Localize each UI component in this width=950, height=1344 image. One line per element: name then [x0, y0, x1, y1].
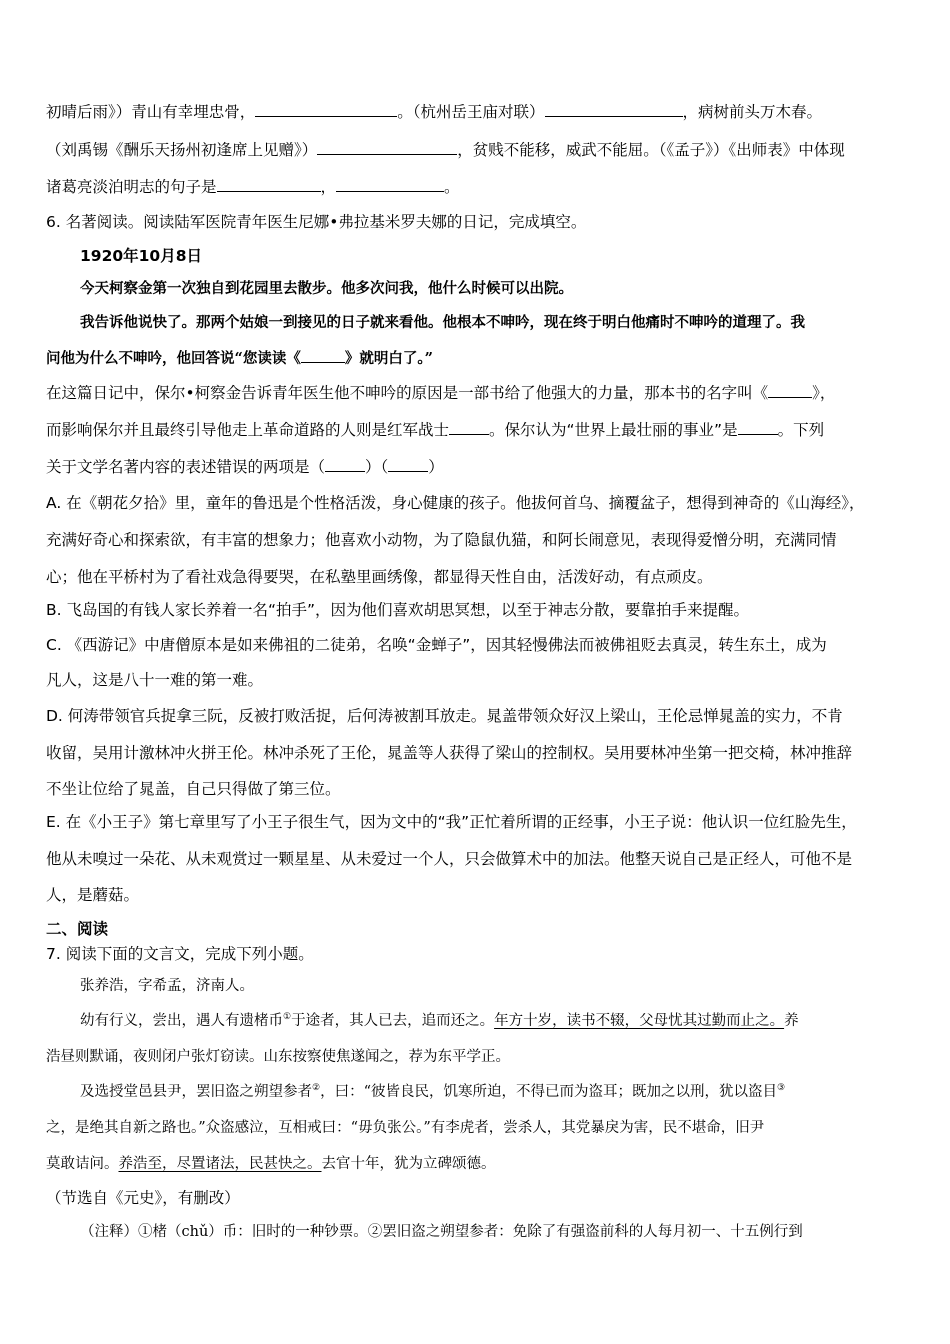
passage-p2-line-2: 浩昼则默诵，夜则闭户张灯窃读。山东按察使焦遂闻之，荐为东平学正。	[46, 1047, 510, 1067]
fill-blank[interactable]	[255, 102, 397, 117]
option-d-line-1: D. 何涛带领官兵捉拿三阮，反被打败活捉，后何涛被割耳放走。晁盖带领众好汉上梁山…	[46, 706, 843, 726]
text: 。	[444, 178, 460, 196]
text: 于途者，其人已去，追而还之。	[291, 1013, 494, 1029]
option-e-line-1: E. 在《小王子》第七章里写了小王子很生气，因为文中的“我”正忙着所谓的正经事，…	[46, 812, 857, 832]
q6-question-line-1: 在这篇日记中，保尔•柯察金告诉青年医生他不呻吟的原因是一部书给了他强大的力量，那…	[46, 383, 835, 403]
fill-blank[interactable]	[317, 140, 457, 155]
diary-paragraph-2-line-2: 问他为什么不呻吟，他回答说“您读读《》就明白了。”	[46, 348, 433, 369]
underlined-sentence: 养浩至，尽置诸法，民甚快之。	[119, 1156, 322, 1172]
q5-line-2: （刘禹锡《酬乐天扬州初逢席上见赠》），贫贱不能移，威武不能屈。（《孟子》）《出师…	[46, 140, 845, 160]
text: 关于文学名著内容的表述错误的两项是（	[46, 458, 325, 476]
fill-blank[interactable]	[388, 457, 428, 472]
diary-paragraph-2-line-1: 我告诉他说快了。那两个姑娘一到接见的日子就来看他。他根本不呻吟，现在终于明白他痛…	[80, 313, 805, 333]
q5-line-3: 诸葛亮淡泊明志的句子是，。	[46, 177, 460, 197]
option-c-line-2: 凡人，这是八十一难的第一难。	[46, 670, 263, 690]
text: ，贫贱不能移，威武不能屈。（《孟子》）《出师表》中体现	[457, 141, 845, 159]
option-e-line-3: 人，是蘑菇。	[46, 885, 139, 905]
text: 》，	[812, 384, 835, 402]
footnote-marker: ③	[777, 1083, 785, 1093]
footnote-marker: ②	[312, 1083, 320, 1093]
q6-question-line-2: 而影响保尔并且最终引导他走上革命道路的人则是红军战士。保尔认为“世界上最壮丽的事…	[46, 420, 824, 440]
option-a-line-1: A. 在《朝花夕拾》里，童年的鲁迅是个性格活泼，身心健康的孩子。他拔何首乌、摘覆…	[46, 493, 864, 513]
text: 养	[784, 1013, 799, 1029]
fill-blank[interactable]	[449, 420, 489, 435]
passage-p3-line-2: 之，是绝其自新之路也。”众盗感泣，互相戒曰：“毋负张公。”有李虎者，尝杀人，其党…	[46, 1118, 764, 1138]
q7-title: 7. 阅读下面的文言文，完成下列小题。	[46, 944, 314, 964]
fill-blank[interactable]	[301, 348, 345, 363]
option-d-line-2: 收留，吴用计激林冲火拼王伦。林冲杀死了王伦，晁盖等人获得了梁山的控制权。吴用要林…	[46, 743, 852, 763]
text: 。下列	[778, 421, 825, 439]
text: 及选授堂邑县尹，罢旧盗之朔望参者	[80, 1084, 312, 1100]
passage-source: （节选自《元史》，有删改）	[46, 1188, 240, 1208]
text: 》就明白了。”	[345, 350, 433, 367]
diary-paragraph-1: 今天柯察金第一次独自到花园里去散步。他多次问我，他什么时候可以出院。	[80, 279, 573, 299]
fill-blank[interactable]	[325, 457, 365, 472]
fill-blank[interactable]	[768, 383, 812, 398]
option-c-line-1: C. 《西游记》中唐僧原本是如来佛祖的二徒弟，名唤“金蝉子”，因其轻慢佛法而被佛…	[46, 635, 827, 655]
text: 幼有行义，尝出，遇人有遗楮币	[80, 1013, 283, 1029]
text: 。保尔认为“世界上最壮丽的事业”是	[489, 421, 738, 439]
underlined-sentence: 年方十岁，读书不辍，父母忧其过勤而止之。	[494, 1013, 784, 1029]
fill-blank[interactable]	[545, 102, 683, 117]
text: 莫敢诘问。	[46, 1156, 119, 1172]
passage-notes: （注释）①楮（chǔ）币：旧时的一种钞票。②罢旧盗之朔望参者：免除了有强盗前科的…	[80, 1222, 803, 1242]
text: 去官十年，犹为立碑颂德。	[322, 1156, 496, 1172]
footnote-marker: ①	[283, 1012, 291, 1022]
passage-p3-line-3: 莫敢诘问。养浩至，尽置诸法，民甚快之。去官十年，犹为立碑颂德。	[46, 1154, 496, 1174]
text: ，病树前头万木春。	[683, 103, 823, 121]
passage-p2-line-1: 幼有行义，尝出，遇人有遗楮币①于途者，其人已去，追而还之。年方十岁，读书不辍，父…	[80, 1011, 799, 1031]
q5-line-1: 初晴后雨》）青山有幸埋忠骨，。（杭州岳王庙对联），病树前头万木春。	[46, 102, 822, 122]
fill-blank[interactable]	[217, 177, 321, 192]
option-a-line-2: 充满好奇心和探索欲，有丰富的想象力；他喜欢小动物，为了隐鼠仇猫，和阿长闹意见，表…	[46, 530, 837, 550]
diary-date: 1920年10月8日	[80, 246, 202, 266]
text: 。（杭州岳王庙对联）	[397, 103, 544, 121]
text: ）（	[365, 458, 388, 476]
text: 初晴后雨》）青山有幸埋忠骨，	[46, 103, 255, 121]
option-a-line-3: 心；他在平桥村为了看社戏急得要哭，在私塾里画绣像，都显得天性自由，活泼好动，有点…	[46, 567, 713, 587]
section-heading: 二、阅读	[46, 919, 108, 939]
fill-blank[interactable]	[336, 177, 444, 192]
text: 在这篇日记中，保尔•柯察金告诉青年医生他不呻吟的原因是一部书给了他强大的力量，那…	[46, 384, 768, 402]
option-e-line-2: 他从未嗅过一朵花、从未观赏过一颗星星、从未爱过一个人，只会做算术中的加法。他整天…	[46, 849, 852, 869]
q6-question-line-3: 关于文学名著内容的表述错误的两项是（）（）	[46, 457, 444, 477]
text: ）	[428, 458, 444, 476]
text: 而影响保尔并且最终引导他走上革命道路的人则是红军战士	[46, 421, 449, 439]
option-d-line-3: 不坐让位给了晁盖，自己只得做了第三位。	[46, 779, 341, 799]
passage-p3-line-1: 及选授堂邑县尹，罢旧盗之朔望参者②，曰：“彼皆良民，饥寒所迫，不得已而为盗耳；既…	[80, 1082, 785, 1102]
text: ，	[321, 178, 337, 196]
text: 诸葛亮淡泊明志的句子是	[46, 178, 217, 196]
passage-p1: 张养浩，字希孟，济南人。	[80, 976, 254, 996]
q6-title: 6. 名著阅读。阅读陆军医院青年医生尼娜•弗拉基米罗夫娜的日记，完成填空。	[46, 212, 586, 232]
text: （刘禹锡《酬乐天扬州初逢席上见赠》）	[46, 141, 317, 159]
text: 问他为什么不呻吟，他回答说“您读读《	[46, 350, 301, 367]
text: ，曰：“彼皆良民，饥寒所迫，不得已而为盗耳；既加之以刑，犹以盗目	[320, 1084, 777, 1100]
fill-blank[interactable]	[738, 420, 778, 435]
option-b: B. 飞岛国的有钱人家长养着一名“拍手”，因为他们喜欢胡思冥想，以至于神志分散，…	[46, 600, 749, 620]
